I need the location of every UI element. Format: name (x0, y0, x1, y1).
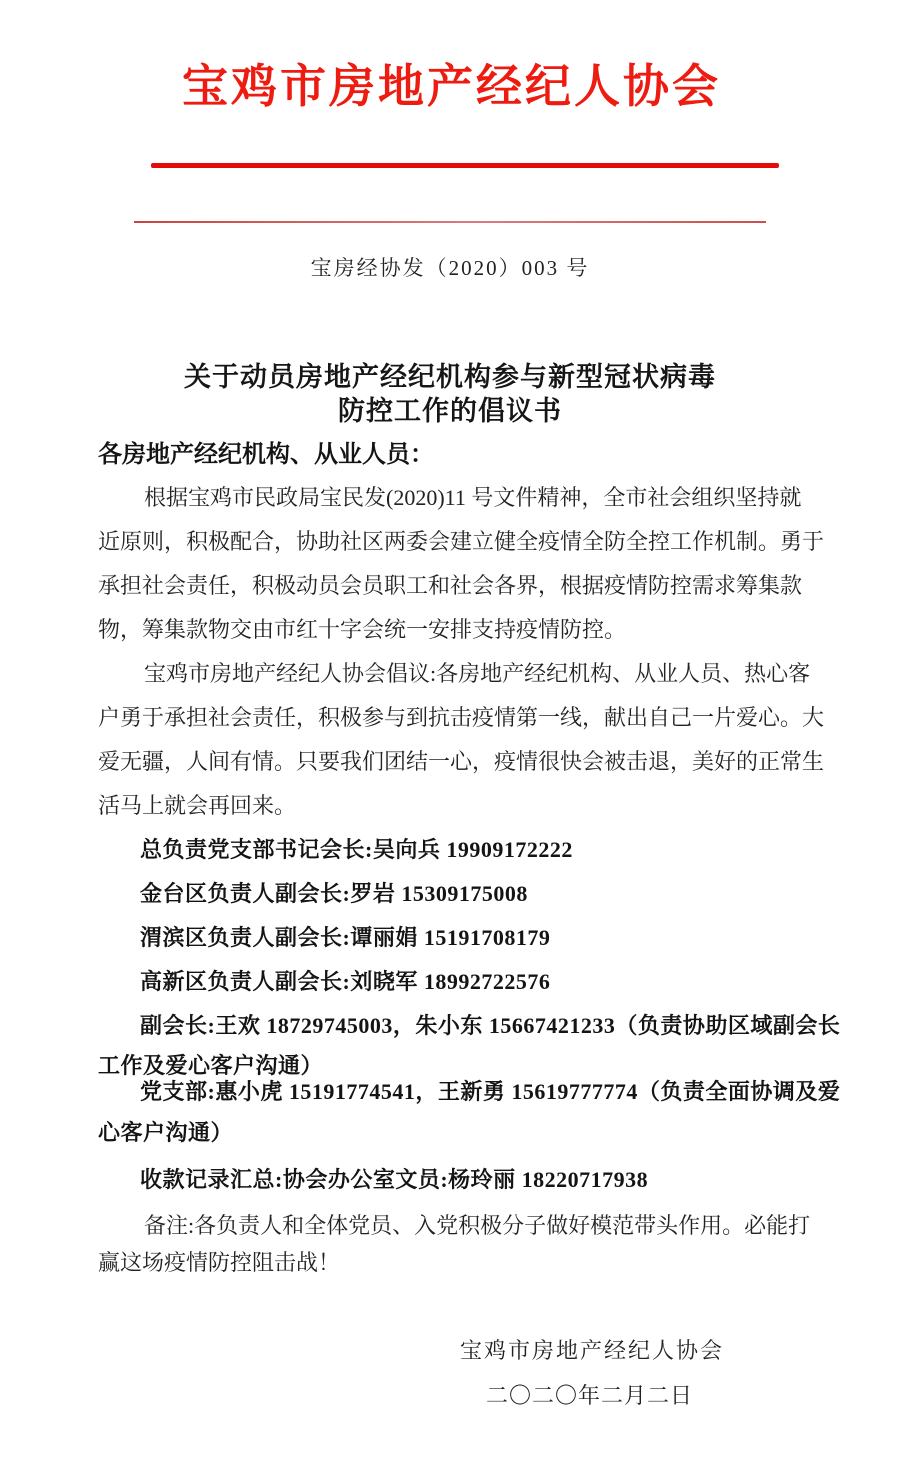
doc-number: 宝房经协发（2020）003 号 (0, 253, 900, 283)
salutation: 各房地产经纪机构、从业人员： (98, 440, 434, 470)
document-page: 宝鸡市房地产经纪人协会 宝房经协发（2020）003 号 关于动员房地产经纪机构… (0, 0, 900, 1470)
para2-line-3: 爱无疆，人间有情。只要我们团结一心，疫情很快会被击退，美好的正常生 (98, 747, 824, 777)
red-rule-thick (151, 163, 779, 168)
contact-line-5: 副会长:王欢 18729745003，朱小东 15667421233（负责协助区… (140, 1011, 840, 1041)
contact-line-8: 心客户沟通） (98, 1118, 233, 1148)
contact-line-1: 总负责党支部书记会长:吴向兵 19909172222 (140, 835, 573, 865)
note-line-2: 赢这场疫情防控阻击战！ (98, 1248, 340, 1278)
para1-line-2: 近原则，积极配合，协助社区两委会建立健全疫情全防全控工作机制。勇于 (98, 527, 824, 557)
para2-line-4: 活马上就会再回来。 (98, 791, 296, 821)
contact-line-4: 高新区负责人副会长:刘晓军 18992722576 (140, 967, 550, 997)
doc-title-line1: 关于动员房地产经纪机构参与新型冠状病毒 (0, 360, 900, 394)
para1-line-4: 物，筹集款物交由市红十字会统一安排支持疫情防控。 (98, 615, 626, 645)
contact-line-7: 党支部:惠小虎 15191774541，王新勇 15619777774（负责全面… (140, 1077, 840, 1107)
para1-line-3: 承担社会责任，积极动员会员职工和社会各界，根据疫情防控需求筹集款 (98, 571, 802, 601)
para2-line-2: 户勇于承担社会责任，积极参与到抗击疫情第一线，献出自己一片爱心。大 (98, 703, 824, 733)
signature-date: 二〇二〇年二月二日 (486, 1381, 693, 1411)
contact-line-3: 渭滨区负责人副会长:谭丽娟 15191708179 (140, 923, 550, 953)
contact-line-9: 收款记录汇总:协会办公室文员:杨玲丽 18220717938 (140, 1165, 648, 1195)
signature-org: 宝鸡市房地产经纪人协会 (460, 1336, 724, 1366)
contact-line-2: 金台区负责人副会长:罗岩 15309175008 (140, 879, 528, 909)
note-line-1: 备注:各负责人和全体党员、入党积极分子做好模范带头作用。必能打 (144, 1211, 810, 1241)
para2-line-1: 宝鸡市房地产经纪人协会倡议:各房地产经纪机构、从业人员、热心客 (144, 659, 810, 689)
org-title: 宝鸡市房地产经纪人协会 (0, 57, 900, 115)
red-rule-thin (134, 221, 766, 223)
para1-line-1: 根据宝鸡市民政局宝民发(2020)11 号文件精神，全市社会组织坚持就 (144, 483, 801, 513)
doc-title-line2: 防控工作的倡议书 (0, 394, 900, 428)
